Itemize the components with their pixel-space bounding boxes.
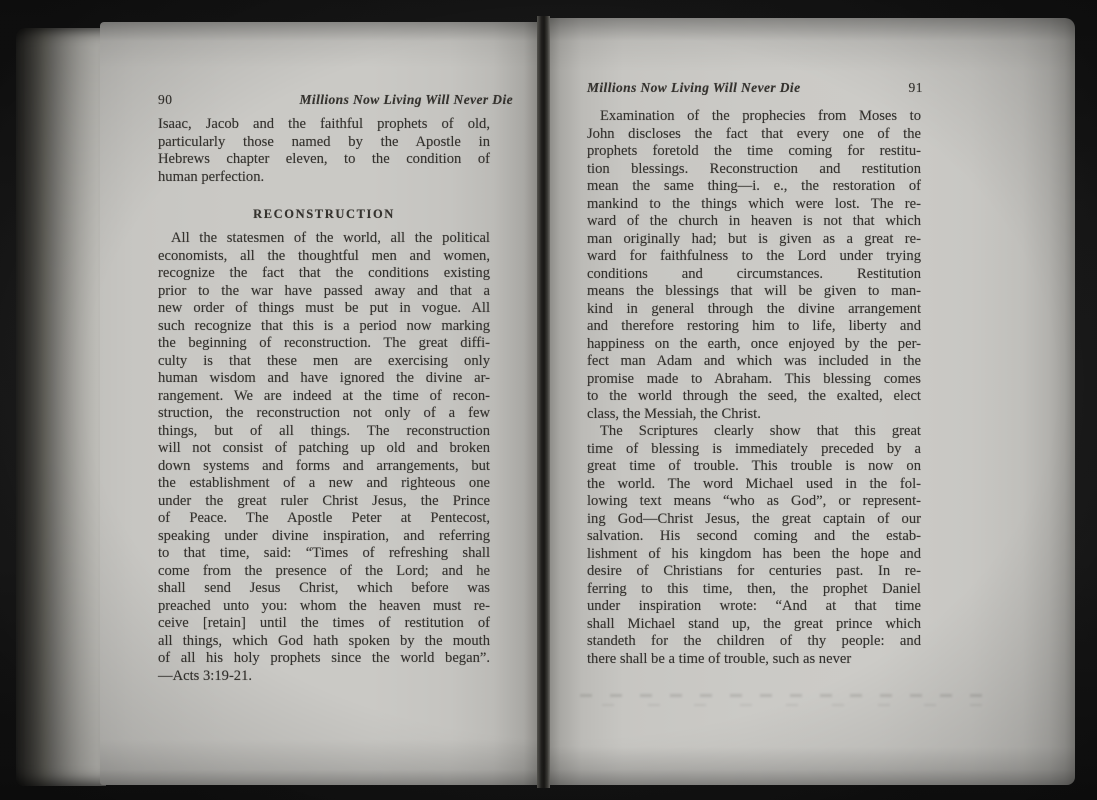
left-running-title: Millions Now Living Will Never Die [300, 92, 513, 108]
text-line: the beginning of reconstruction. The gre… [158, 335, 490, 353]
text-line: ceive [retain] until the times of restit… [158, 615, 490, 633]
right-page-number: 91 [909, 80, 924, 96]
text-line: ward for faithfulness to the Lord under … [587, 248, 921, 266]
text-line: there shall be a time of trouble, such a… [587, 651, 921, 669]
text-line: prophets foretold the time coming for re… [587, 143, 921, 161]
text-line: happiness on the earth, once enjoyed by … [587, 336, 921, 354]
text-line: recognize the fact that the conditions e… [158, 265, 490, 283]
text-line: ward of the church in heaven is not that… [587, 213, 921, 231]
text-line: under the great ruler Christ Jesus, the … [158, 493, 490, 511]
text-line: human wisdom and have ignored the divine… [158, 370, 490, 388]
text-line: standeth for the children of thy people:… [587, 633, 921, 651]
text-line: of Peace. The Apostle Peter at Pentecost… [158, 510, 490, 528]
text-line: speaking under divine inspiration, and r… [158, 528, 490, 546]
text-line: Examination of the prophecies from Moses… [587, 108, 921, 126]
text-line: of all his holy prophets since the world… [158, 650, 490, 668]
text-line: down systems and forms and arrangements,… [158, 458, 490, 476]
book-fore-edge-page-stack [16, 28, 106, 786]
text-line: the world. The word Michael used in the … [587, 476, 921, 494]
text-line: mean the same thing—i. e., the restorati… [587, 178, 921, 196]
photo-background: 90 Millions Now Living Will Never Die Is… [0, 0, 1097, 800]
text-line: shall send Jesus Christ, which before wa… [158, 580, 490, 598]
text-line: will not consist of patching up old and … [158, 440, 490, 458]
text-line: ferring to this time, then, the prophet … [587, 581, 921, 599]
right-running-title: Millions Now Living Will Never Die [587, 80, 800, 96]
left-paragraph-reconstruction: All the statesmen of the world, all the … [158, 230, 490, 685]
left-page-number: 90 [158, 92, 173, 108]
text-line: Hebrews chapter eleven, to the condition… [158, 151, 490, 169]
text-line: and therefore restoring him to life, lib… [587, 318, 921, 336]
text-line: —Acts 3:19-21. [158, 668, 490, 686]
text-line: conditions and circumstances. Restitutio… [587, 266, 921, 284]
text-line: tion blessings. Reconstruction and resti… [587, 161, 921, 179]
text-line: promise made to Abraham. This blessing c… [587, 371, 921, 389]
text-line: struction, the reconstruction not only o… [158, 405, 490, 423]
text-line: things, but of all things. The reconstru… [158, 423, 490, 441]
text-line: mankind to the things which were lost. T… [587, 196, 921, 214]
text-line: class, the Messiah, the Christ. [587, 406, 921, 424]
text-line: preached unto you: whom the heaven must … [158, 598, 490, 616]
text-line: fect man Adam and which was included in … [587, 353, 921, 371]
text-line: Isaac, Jacob and the faithful prophets o… [158, 116, 490, 134]
text-line: ing God—Christ Jesus, the great captain … [587, 511, 921, 529]
left-page: 90 Millions Now Living Will Never Die Is… [100, 22, 537, 785]
text-line: under inspiration wrote: “And at that ti… [587, 598, 921, 616]
text-line: new order of things must be put in vogue… [158, 300, 490, 318]
ink-bleed-through-marks [580, 686, 995, 712]
text-line: rangement. We are indeed at the time of … [158, 388, 490, 406]
left-page-body: Isaac, Jacob and the faithful prophets o… [158, 116, 490, 685]
text-line: such recognize that this is a period now… [158, 318, 490, 336]
left-paragraph-continuation: Isaac, Jacob and the faithful prophets o… [158, 116, 490, 186]
text-line: lishment of his kingdom has been the hop… [587, 546, 921, 564]
text-line: John discloses the fact that every one o… [587, 126, 921, 144]
text-line: shall Michael stand up, the great prince… [587, 616, 921, 634]
text-line: All the statesmen of the world, all the … [158, 230, 490, 248]
text-line: human perfection. [158, 169, 490, 187]
text-line: culty is that these men are exercising o… [158, 353, 490, 371]
text-line: great time of trouble. This trouble is n… [587, 458, 921, 476]
text-line: desire of Christians for centuries past.… [587, 563, 921, 581]
text-line: kind in general through the divine arran… [587, 301, 921, 319]
right-page-body: Examination of the prophecies from Moses… [587, 108, 921, 668]
right-paragraph-time-of-trouble: The Scriptures clearly show that this gr… [587, 423, 921, 668]
text-line: all things, which God hath spoken by the… [158, 633, 490, 651]
text-line: means the blessings that will be given t… [587, 283, 921, 301]
text-line: time of blessing is immediately preceded… [587, 441, 921, 459]
right-page: Millions Now Living Will Never Die 91 Ex… [550, 18, 1075, 785]
right-page-header: Millions Now Living Will Never Die 91 [587, 80, 923, 96]
right-paragraph-restitution: Examination of the prophecies from Moses… [587, 108, 921, 423]
text-line: man originally had; but is given as a gr… [587, 231, 921, 249]
text-line: come from the presence of the Lord; and … [158, 563, 490, 581]
text-line: salvation. His second coming and the est… [587, 528, 921, 546]
text-line: lowing text means “who as God”, or repre… [587, 493, 921, 511]
text-line: economists, all the thoughtful men and w… [158, 248, 490, 266]
left-page-header: 90 Millions Now Living Will Never Die [158, 92, 513, 108]
text-line: prior to the war have passed away and th… [158, 283, 490, 301]
text-line: the establishment of a new and righteous… [158, 475, 490, 493]
text-line: to the world through the seed, the exalt… [587, 388, 921, 406]
text-line: particularly those named by the Apostle … [158, 134, 490, 152]
section-heading: RECONSTRUCTION [158, 205, 490, 223]
text-line: to that time, said: “Times of refreshing… [158, 545, 490, 563]
book-gutter-shadow [537, 16, 550, 788]
text-line: The Scriptures clearly show that this gr… [587, 423, 921, 441]
